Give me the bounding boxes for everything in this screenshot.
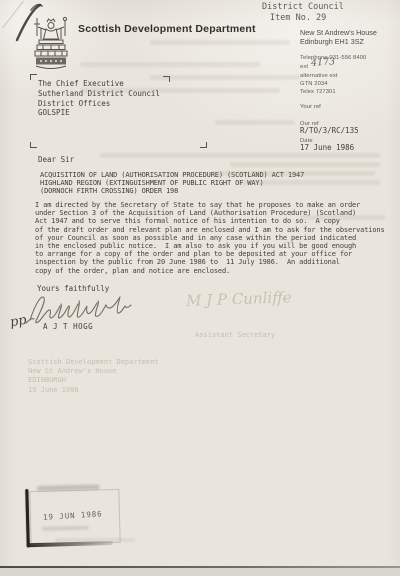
bleedthrough-smudge	[215, 171, 375, 176]
department-title: Scottish Development Department	[78, 23, 256, 35]
telex-line: Telex 727301	[300, 88, 336, 96]
ghost-address-line: Scottish Development Department	[28, 358, 159, 367]
body-line: inspection by the public from 20 June 19…	[35, 258, 385, 266]
body-line: to arrange for a copy of the order and p…	[35, 250, 385, 258]
window-mark-bottom-left	[30, 142, 37, 148]
annotation-district-council: District Council	[262, 2, 344, 13]
bleedthrough-smudge	[80, 88, 280, 93]
ghost-address-line: EDINBURGH	[28, 376, 159, 385]
bleedthrough-smudge	[100, 153, 380, 158]
scan-background-strip	[0, 568, 400, 576]
ghost-signatory-title: Assistant Secretary	[195, 331, 275, 339]
letterhead-address-line1: New St Andrew's House	[300, 28, 377, 37]
letter-body: I am directed by the Secretary of State …	[35, 201, 385, 275]
window-mark-top-left	[30, 74, 37, 80]
our-ref-value: R/TO/3/RC/135	[300, 126, 359, 136]
recipient-address-block: The Chief Executive Sutherland District …	[38, 79, 160, 118]
bleedthrough-smudge	[215, 120, 295, 125]
salutation: Dear Sir	[38, 155, 74, 165]
bleedthrough-smudge	[230, 162, 380, 167]
signature-scribble	[22, 292, 137, 326]
alternative-ext-label: alternative ext	[300, 72, 338, 80]
ghost-signature: M J P Cunliffe	[186, 288, 292, 310]
bleedthrough-smudge	[150, 75, 300, 80]
ghost-address-line: 19 June 1986	[28, 386, 159, 395]
ghost-address-block: Scottish Development Department New St A…	[28, 358, 159, 395]
signatory-name: A J T HOGG	[43, 322, 93, 332]
ext-handwritten-value: 4173	[311, 56, 336, 69]
window-mark-bottom-right	[200, 142, 207, 148]
received-date-stamp: 19 JUN 1986	[19, 477, 131, 555]
ext-label: ext	[300, 63, 308, 71]
recipient-line: District Offices	[38, 99, 160, 109]
your-ref-label: Your ref	[300, 103, 321, 111]
body-line: of the draft order and relevant plan are…	[35, 226, 385, 234]
bleedthrough-smudge	[150, 40, 290, 45]
letterhead-address-line2: Edinburgh EH1 3SZ	[300, 37, 364, 46]
annotation-item-no: Item No. 29	[270, 13, 326, 24]
body-line: I am directed by the Secretary of State …	[35, 201, 385, 209]
pp-handwritten-mark: pp	[9, 313, 28, 331]
body-line: copy of the order, plan and notice are e…	[35, 267, 385, 275]
body-line: in the enclosed public notice. I am also…	[35, 242, 385, 250]
royal-seal-emblem-icon	[29, 15, 73, 71]
recipient-line: GOLSPIE	[38, 108, 160, 118]
date-value: 17 June 1986	[300, 143, 354, 153]
bleedthrough-smudge	[80, 62, 260, 67]
scanned-letter-page: District Council Item No. 29	[0, 0, 400, 576]
bleedthrough-smudge	[300, 215, 385, 220]
ghost-address-line: New St Andrew's House	[28, 367, 159, 376]
subject-line: (DORNOCH FIRTH CROSSING) ORDER 198	[40, 187, 304, 195]
gtn-line: GTN 2034	[300, 80, 328, 88]
body-line: of your Council as soon as possible and …	[35, 234, 385, 242]
bleedthrough-smudge	[240, 180, 380, 185]
